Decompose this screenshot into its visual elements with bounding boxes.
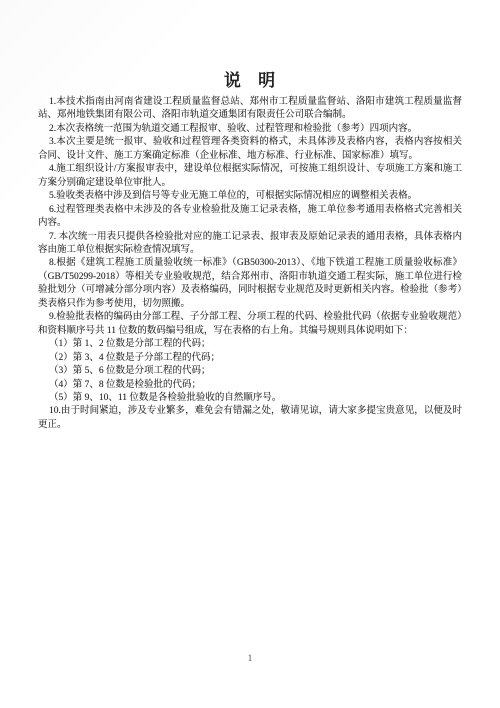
page-number: 1 — [248, 653, 253, 663]
numbering-rule-2: （2）第 3、4 位数是子分部工程的代码； — [38, 352, 462, 365]
paragraph-1: 1.本技术指南由河南省建设工程质量监督总站、郑州市工程质量监督站、洛阳市建筑工程… — [38, 96, 462, 123]
paragraph-7: 7. 本次统一用表只提供各检验批对应的施工记录表、报审表及原始记录表的通用表格，… — [38, 231, 462, 258]
document-body: 1.本技术指南由河南省建设工程质量监督总站、郑州市工程质量监督站、洛阳市建筑工程… — [0, 96, 500, 432]
paragraph-4: 4.施工组织设计/方案报审表中，建设单位根据实际情况，可按施工组织设计、专项施工… — [38, 163, 462, 190]
paragraph-3: 3.本次主要是统一报审、验收和过程管理各类资料的格式，未具体涉及表格内容，表格内… — [38, 136, 462, 163]
paragraph-6: 6.过程管理类表格中未涉及的各专业检验批及施工记录表格，施工单位参考通用表格格式… — [38, 204, 462, 231]
page-title: 说 明 — [0, 0, 500, 91]
numbering-rule-list: （1）第 1、2 位数是分部工程的代码； （2）第 3、4 位数是子分部工程的代… — [38, 338, 462, 405]
paragraph-10: 10.由于时间紧迫，涉及专业繁多，难免会有错漏之处，敬请见谅，请大家多提宝贵意见… — [38, 405, 462, 432]
numbering-rule-3: （3）第 5、6 位数是分项工程的代码； — [38, 365, 462, 378]
document-page: 说 明 1.本技术指南由河南省建设工程质量监督总站、郑州市工程质量监督站、洛阳市… — [0, 0, 500, 708]
numbering-rule-1: （1）第 1、2 位数是分部工程的代码； — [38, 338, 462, 351]
paragraph-2: 2.本次表格统一范围为轨道交通工程报审、验收、过程管理和检验批（参考）四项内容。 — [38, 123, 462, 136]
page-footer: 1 — [0, 648, 500, 666]
numbering-rule-5: （5）第 9、10、11 位数是各检验批验收的自然顺序号。 — [38, 392, 462, 405]
paragraph-9: 9.检验批表格的编码由分部工程、子分部工程、分项工程的代码、检验批代码（依据专业… — [38, 311, 462, 338]
paragraph-8: 8.根据《建筑工程施工质量验收统一标准》（GB50300-2013）、《地下铁道… — [38, 257, 462, 311]
numbering-rule-4: （4）第 7、8 位数是检验批的代码； — [38, 379, 462, 392]
paragraph-5: 5.验收类表格中涉及到信号等专业无施工单位的，可根据实际情况相应的调整相关表格。 — [38, 190, 462, 203]
